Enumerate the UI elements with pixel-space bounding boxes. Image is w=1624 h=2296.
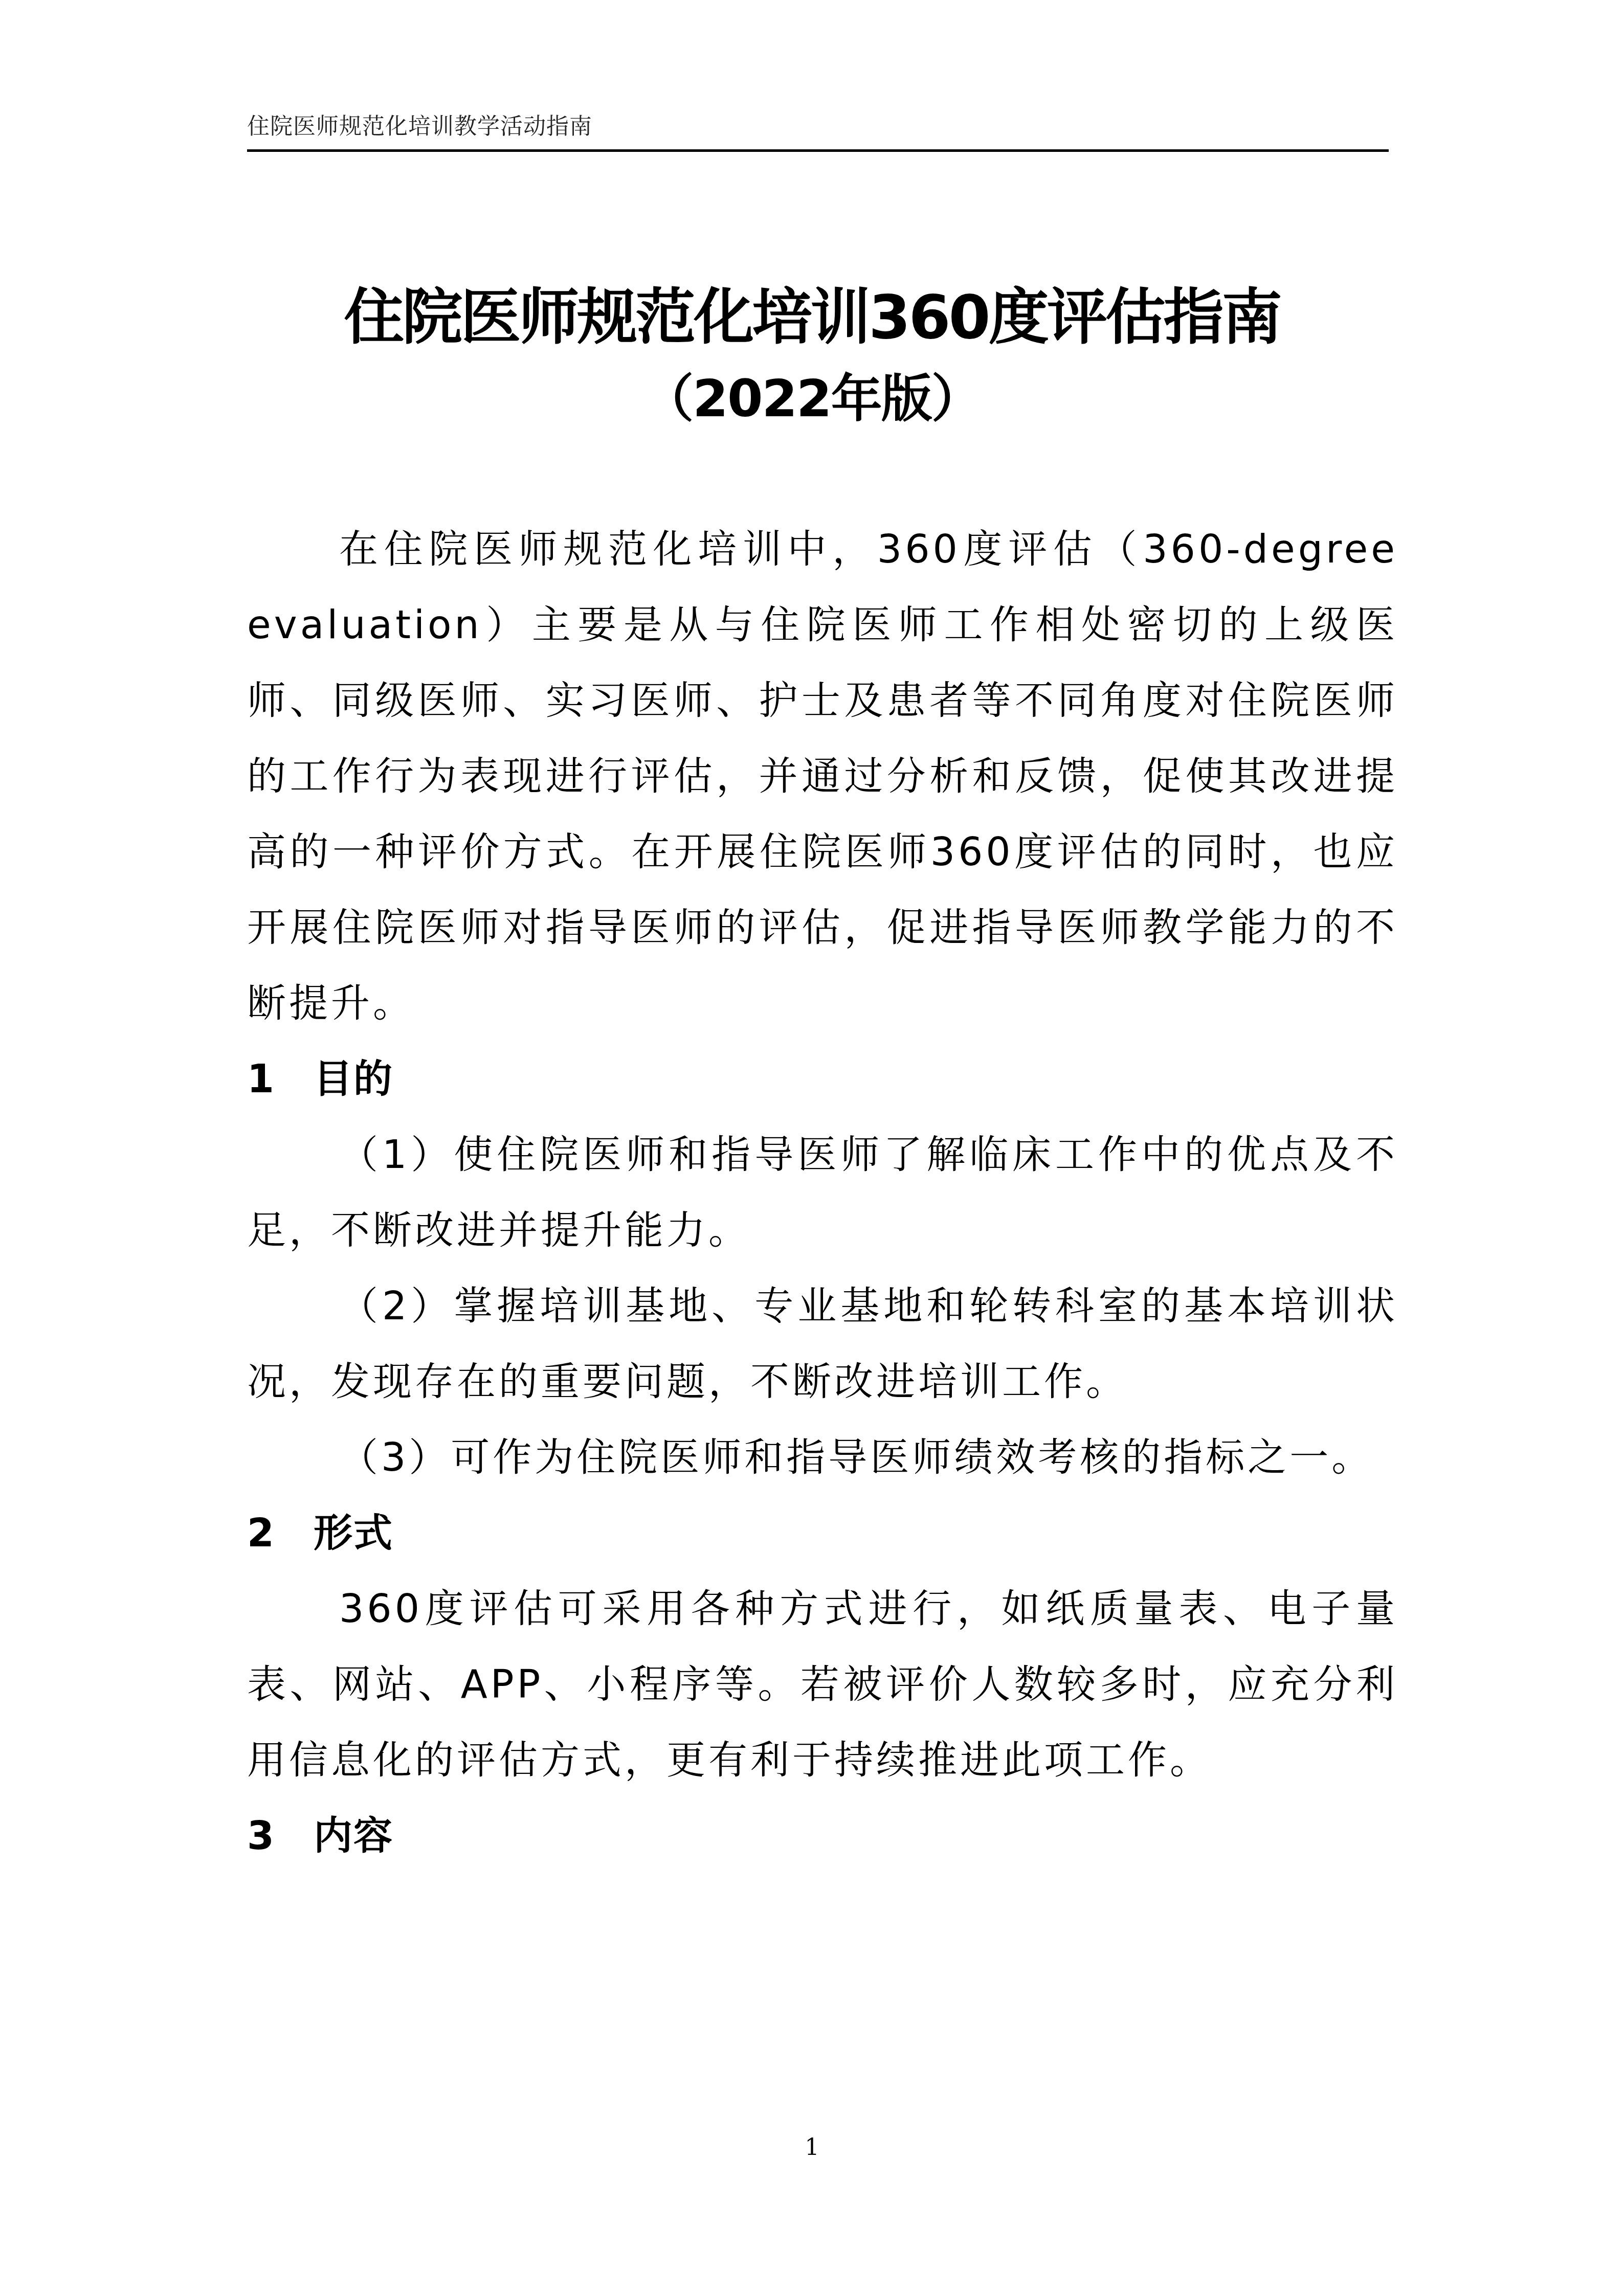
format-paragraph: 360度评估可采用各种方式进行，如纸质量表、电子量表、网站、APP、小程序等。若… (247, 1571, 1398, 1798)
page-header: 住院医师规范化培训教学活动指南 (247, 111, 1390, 152)
purpose-item-1: （1）使住院医师和指导医师了解临床工作中的优点及不足，不断改进并提升能力。 (247, 1117, 1398, 1268)
header-divider (247, 149, 1389, 152)
section-heading-content: 3内容 (247, 1798, 1398, 1874)
running-title: 住院医师规范化培训教学活动指南 (247, 111, 592, 142)
document-body: 在住院医师规范化培训中，360度评估（360-degree evaluation… (247, 511, 1398, 1874)
document-subtitle: （2022年版） (0, 366, 1624, 432)
page-number: 1 (0, 2132, 1624, 2163)
section-title: 目的 (314, 1056, 393, 1101)
section-number: 2 (247, 1495, 314, 1571)
section-title: 内容 (314, 1813, 393, 1858)
document-title: 住院医师规范化培训360度评估指南 (0, 279, 1624, 355)
section-title: 形式 (314, 1510, 393, 1556)
section-heading-purpose: 1目的 (247, 1041, 1398, 1117)
section-number: 1 (247, 1041, 314, 1117)
section-heading-format: 2形式 (247, 1495, 1398, 1571)
purpose-item-3: （3）可作为住院医师和指导医师绩效考核的指标之一。 (247, 1420, 1398, 1495)
intro-paragraph: 在住院医师规范化培训中，360度评估（360-degree evaluation… (247, 511, 1398, 1041)
purpose-item-2: （2）掌握培训基地、专业基地和轮转科室的基本培训状况，发现存在的重要问题，不断改… (247, 1268, 1398, 1420)
section-number: 3 (247, 1798, 314, 1874)
